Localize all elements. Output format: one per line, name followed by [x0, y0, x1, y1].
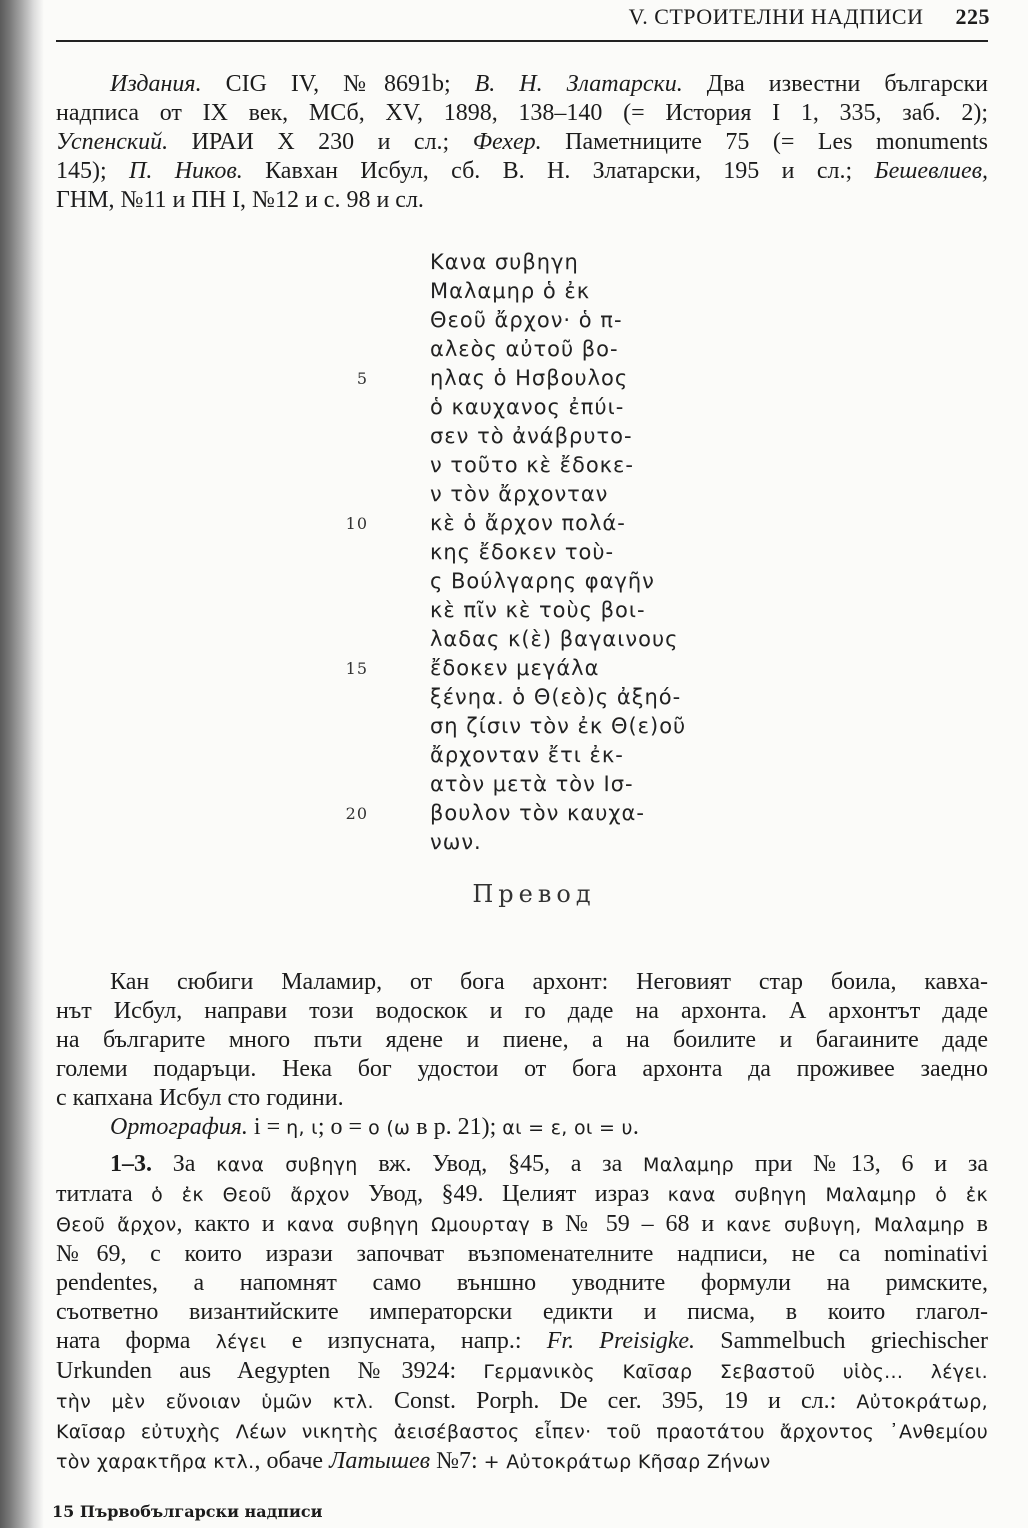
inscription-text: νων.	[380, 830, 482, 854]
text-run: .	[633, 1114, 639, 1140]
inscription-text: αλεὸς αὐτοῦ βο-	[380, 337, 619, 361]
text-run: pendentes, а напомнят само външно уводни…	[56, 1270, 988, 1296]
page-number: 225	[956, 4, 991, 30]
text-run: при №13, 6 и за	[734, 1151, 988, 1177]
greek-text: κανε συβυγη, Μαλαμηρ	[726, 1214, 965, 1236]
inscription-text: κης ἔδοκεν τοὺ-	[380, 540, 614, 564]
inscription-text: ἔδοκεν μεγάλα	[380, 656, 599, 680]
text-run: CIG IV, №8691b;	[202, 71, 475, 97]
greek-text: τὴν μὲν εὔνοιαν ὑμῶν κτλ.	[56, 1391, 374, 1413]
inscription-line: κης ἔδοκεν τοὺ-	[380, 538, 686, 567]
inscription-text: ὁ καυχανος ἐπύι-	[380, 395, 624, 419]
signature-footer: 15 Първобългарски надписи	[52, 1502, 322, 1521]
text-run: i =	[248, 1114, 286, 1140]
inscription-line: ἄρχονταν ἔτι ἐκ-	[380, 741, 686, 770]
text-line: τὸν χαρακτῆρα κτλ., обаче Латышев №7: + …	[56, 1447, 988, 1477]
greek-text: λέγει	[216, 1331, 267, 1353]
italic-text: Успенский.	[56, 129, 168, 155]
text-line: Θεοῦ ἄρχον, както и κανα συβηγη Ωμουρταγ…	[56, 1210, 988, 1240]
inscription-line: Θεοῦ ἄρχον· ὁ π-	[380, 306, 686, 335]
translation-line: нът Исбул, направи този водоскок и го да…	[56, 997, 988, 1026]
line-number: 15	[338, 654, 368, 683]
italic-text: Ортография.	[110, 1114, 248, 1140]
italic-text: Fr. Preisigke.	[547, 1328, 695, 1354]
text-line: τὴν μὲν εὔνοιαν ὑμῶν κτλ. Const. Porph. …	[56, 1387, 988, 1417]
text-line: ГНМ, №11 и ПН I, №12 и с. 98 и сл.	[56, 186, 988, 215]
inscription-line: σεν τὸ ἀνάβρυτο-	[380, 422, 686, 451]
greek-text: ο (ω	[368, 1117, 410, 1139]
greek-text: Γερμανικὸς Καῖσαρ Σεβαστοῦ υἱὸς... λέγει…	[483, 1361, 988, 1383]
inscription-line: Μαλαμηρ ὁ ἐκ	[380, 277, 686, 306]
inscription-line: 10κὲ ὁ ἄρχον πολά-	[380, 509, 686, 538]
text-run: в № 59 – 68 и	[530, 1211, 726, 1237]
editions-paragraph: Издания. CIG IV, №8691b; В. Н. Златарски…	[56, 70, 988, 215]
line-number: 10	[338, 509, 368, 538]
greek-text: Αὐτοκράτωρ,	[856, 1391, 988, 1413]
text-run: Кавхан Исбул, сб. В. Н. Златарски, 195 и…	[243, 158, 875, 184]
book-page: V. СТРОИТЕЛНИ НАДПИСИ 225 Издания. CIG I…	[0, 0, 1028, 1528]
inscription-line: Κανα συβηγη	[380, 248, 686, 277]
inscription-text: ς Βούλγαρης φαγῆν	[380, 569, 655, 593]
greek-text: η, ι	[286, 1117, 318, 1139]
text-run: вж. Увод, §45, а за	[358, 1151, 643, 1177]
inscription-line: ση ζίσιν τὸν ἐκ Θ(ε)οῦ	[380, 712, 686, 741]
inscription-text: ἄρχονταν ἔτι ἐκ-	[380, 743, 624, 767]
text-run: 1–3.	[110, 1151, 152, 1177]
italic-text: Латышев	[329, 1448, 430, 1474]
text-line: титлата ὁ ἐκ Θεοῦ ἄρχον Увод, §49. Целия…	[56, 1180, 988, 1210]
text-run: , както и	[177, 1211, 287, 1237]
inscription-text: ση ζίσιν τὸν ἐκ Θ(ε)οῦ	[380, 714, 686, 738]
text-run: е изпусната, напр.:	[267, 1328, 547, 1354]
text-run: Sammelbuch griechischer	[695, 1328, 988, 1354]
greek-text: Μαλαμηρ	[643, 1154, 734, 1176]
inscription-line: ὁ καυχανος ἐπύι-	[380, 393, 686, 422]
text-run: в р. 21);	[410, 1114, 502, 1140]
line-number: 20	[338, 799, 368, 828]
greek-text: + Αὐτοκράτωρ Κῆσαρ Ζήνων	[484, 1451, 771, 1473]
greek-text: Θεοῦ ἄρχον	[56, 1214, 177, 1236]
inscription-text: κὲ ὁ ἄρχον πολά-	[380, 511, 626, 535]
greek-text: αι = ε, οι = υ	[502, 1117, 633, 1139]
greek-text: κανα συβηγη Ωμουρταγ	[286, 1214, 530, 1236]
text-run: ната форма	[56, 1328, 216, 1354]
line-number: 5	[338, 364, 368, 393]
text-line: Urkunden aus Aegypten №3924: Γερμανικὸς …	[56, 1357, 988, 1387]
translation-line: големи подаръци. Нека бог удостои от бог…	[56, 1055, 988, 1084]
text-run: , обаче	[254, 1448, 329, 1474]
inscription-text: λαδας κ(ὲ) βαγαινους	[380, 627, 678, 651]
text-run: ГНМ, №11 и ПН I, №12 и с. 98 и сл.	[56, 187, 424, 213]
greek-inscription: Κανα συβηγηΜαλαμηρ ὁ ἐκΘεοῦ ἄρχον· ὁ π-α…	[380, 248, 686, 857]
text-run: За	[152, 1151, 216, 1177]
greek-text: τὸν χαρακτῆρα κτλ.	[56, 1451, 254, 1473]
text-line: ната форма λέγει е изпусната, напр.: Fr.…	[56, 1327, 988, 1357]
inscription-line: ξένηα. ὁ Θ(εὸ)ς ἀξηό-	[380, 683, 686, 712]
text-run: 145);	[56, 158, 129, 184]
running-head: V. СТРОИТЕЛНИ НАДПИСИ 225	[560, 4, 990, 30]
translation-line: на българите много пъти ядене и пиене, а…	[56, 1026, 988, 1055]
text-line: Издания. CIG IV, №8691b; В. Н. Златарски…	[56, 70, 988, 99]
inscription-text: ν τὸν ἄρχονταν	[380, 482, 608, 506]
inscription-line: νων.	[380, 828, 686, 857]
text-run: ИРАИ X 230 и сл.;	[168, 129, 473, 155]
inscription-line: 20βουλον τὸν καυχα-	[380, 799, 686, 828]
inscription-line: 5ηλας ὁ Ησβουλος	[380, 364, 686, 393]
inscription-text: ν τοῦτο κὲ ἔδοκε-	[380, 453, 634, 477]
text-run: Urkunden aus Aegypten №3924:	[56, 1358, 483, 1384]
inscription-line: ν τοῦτο κὲ ἔδοκε-	[380, 451, 686, 480]
inscription-text: κὲ πῖν κὲ τοὺς βοι-	[380, 598, 646, 622]
inscription-line: αλεὸς αὐτοῦ βο-	[380, 335, 686, 364]
inscription-line: ς Βούλγαρης φαγῆν	[380, 567, 686, 596]
commentary-paragraph: 1–3. За κανα συβηγη вж. Увод, §45, а за …	[56, 1150, 988, 1477]
inscription-text: ηλας ὁ Ησβουλος	[380, 366, 628, 390]
translation-heading: Превод	[0, 880, 1028, 908]
inscription-text: Θεοῦ ἄρχον· ὁ π-	[380, 308, 623, 332]
greek-text: ὁ ἐκ Θεοῦ ἄρχον	[151, 1184, 350, 1206]
inscription-text: βουλον τὸν καυχα-	[380, 801, 645, 825]
italic-text: В. Н. Златарски.	[475, 71, 683, 97]
text-run: №7:	[430, 1448, 484, 1474]
inscription-line: ατὸν μετὰ τὸν Ισ-	[380, 770, 686, 799]
text-run: Увод, §49. Целият израз	[350, 1181, 668, 1207]
text-run: титлата	[56, 1181, 151, 1207]
text-run: надписа от IX век, МСб, XV, 1898, 138–14…	[56, 100, 988, 126]
inscription-text: σεν τὸ ἀνάβρυτο-	[380, 424, 633, 448]
orthography-note: Ортография. i = η, ι; o = ο (ω в р. 21);…	[56, 1113, 988, 1143]
text-line: надписа от IX век, МСб, XV, 1898, 138–14…	[56, 99, 988, 128]
inscription-line: ν τὸν ἄρχονταν	[380, 480, 686, 509]
text-run: Const. Porph. De cer. 395, 19 и сл.:	[374, 1388, 857, 1414]
text-line: съответно византийските императорски еди…	[56, 1298, 988, 1327]
translation-line: с капхана Исбул сто години.	[56, 1084, 988, 1113]
text-line: 1–3. За κανα συβηγη вж. Увод, §45, а за …	[56, 1150, 988, 1180]
text-line: Καῖσαρ εὐτυχὴς Λέων νικητὴς ἀεισέβαστος …	[56, 1417, 988, 1447]
text-line: pendentes, а напомнят само външно уводни…	[56, 1269, 988, 1298]
inscription-text: Μαλαμηρ ὁ ἐκ	[380, 279, 590, 303]
translation-line: Кан сюбиги Маламир, от бога архонт: Него…	[56, 968, 988, 997]
text-run: ; o =	[318, 1114, 368, 1140]
inscription-text: ατὸν μετὰ τὸν Ισ-	[380, 772, 634, 796]
inscription-line: κὲ πῖν κὲ τοὺς βοι-	[380, 596, 686, 625]
text-line: 145); П. Ников. Кавхан Исбул, сб. В. Н. …	[56, 157, 988, 186]
text-line: №69, с които изрази започват възпоменате…	[56, 1240, 988, 1269]
section-title: V. СТРОИТЕЛНИ НАДПИСИ	[629, 4, 924, 30]
header-rule	[56, 40, 988, 42]
text-run: съответно византийските императорски еди…	[56, 1299, 988, 1325]
translation-paragraph: Кан сюбиги Маламир, от бога архонт: Него…	[56, 968, 988, 1113]
italic-text: П. Ников.	[129, 158, 243, 184]
text-run: в	[965, 1211, 988, 1237]
text-run: Два известни български	[683, 71, 988, 97]
orthography-line: Ортография. i = η, ι; o = ο (ω в р. 21);…	[56, 1113, 988, 1143]
inscription-line: λαδας κ(ὲ) βαγαινους	[380, 625, 686, 654]
greek-text: Καῖσαρ εὐτυχὴς Λέων νικητὴς ἀεισέβαστος …	[56, 1421, 988, 1443]
text-run: №69, с които изрази започват възпоменате…	[56, 1241, 988, 1267]
italic-text: Бешевлиев,	[874, 158, 988, 184]
italic-text: Фехер.	[473, 129, 542, 155]
greek-text: κανα συβηγη	[216, 1154, 357, 1176]
inscription-text: ξένηα. ὁ Θ(εὸ)ς ἀξηό-	[380, 685, 681, 709]
greek-text: κανα συβηγη Μαλαμηρ ὁ ἐκ	[668, 1184, 988, 1206]
italic-text: Издания.	[110, 71, 202, 97]
text-run: Паметниците 75 (= Les monuments	[542, 129, 988, 155]
inscription-text: Κανα συβηγη	[380, 250, 579, 274]
inscription-line: 15ἔδοκεν μεγάλα	[380, 654, 686, 683]
text-line: Успенский. ИРАИ X 230 и сл.; Фехер. Паме…	[56, 128, 988, 157]
